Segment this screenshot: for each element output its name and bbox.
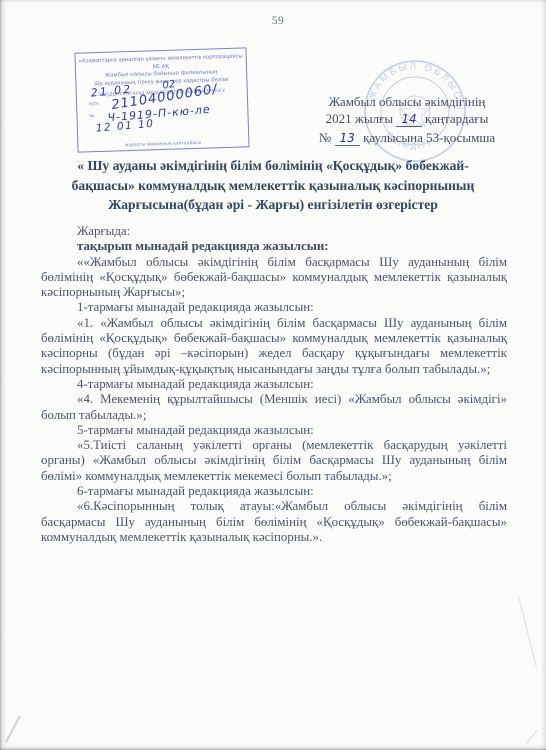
paragraph: ««Жамбыл облысы әкімдігінің білім басқар…: [41, 255, 507, 301]
stamp-handwritten-date-bottom: 12 01 10: [95, 118, 155, 135]
handwritten-day: 14: [396, 112, 421, 127]
paragraph: Жарғыда:: [41, 224, 507, 239]
paragraph: 6-тармағы мынадай редакцияда жазылсын:: [41, 484, 507, 499]
stamp-bin-label: БСН: [89, 101, 99, 106]
approval-header: Жамбыл облысы әкімдігінің 2021 жылғы 14 …: [276, 93, 538, 147]
document-title: « Шу ауданы әкімдігінің білім бөлімінің …: [28, 156, 518, 215]
paragraph: тақырып мынадай редакцияда жазылсын:: [41, 239, 507, 254]
paragraph: 4-тармағы мынадай редакцияда жазылсын:: [41, 377, 507, 392]
title-line-3: Жарғысына(бұдан әрі - Жарғы) енгізілетін…: [28, 195, 518, 215]
paragraph: «5.Тиісті саланың уәкілетті органы (мемл…: [41, 438, 507, 484]
header-line2-prefix: 2021 жылғы: [326, 111, 394, 126]
approval-header-line-1: Жамбыл облысы әкімдігінің: [276, 93, 538, 110]
handwritten-resolution-number: 13: [335, 131, 360, 146]
stamp-number-label: №: [89, 113, 94, 118]
paragraph: 5-тармағы мынадай редакцияда жазылсын:: [41, 423, 507, 438]
header-line3-prefix: №: [319, 130, 331, 145]
title-line-2: бақшасы» коммуналдық мемлекеттік қазынал…: [28, 176, 518, 196]
paragraph: «6.Кәсіпорынның толық атауы:«Жамбыл облы…: [41, 499, 507, 545]
scan-corner-fold: [525, 730, 537, 744]
paragraph: «1. «Жамбыл облысы әкімдігінің білім бас…: [41, 316, 507, 377]
header-line3-suffix: қаулысына 53-қосымша: [363, 130, 495, 145]
header-line2-suffix: қаңтардағы: [425, 111, 488, 126]
scanned-document-page: 59 ЖАМБЫЛ ОБЛЫСЫ ӘКІМДІГІ «Азаматтарға а…: [0, 0, 546, 750]
stamp-footer-line: жауапты маманның қолтаңбасы: [78, 138, 248, 148]
approval-header-line-3: № 13 қаулысына 53-қосымша: [276, 129, 538, 147]
document-body: Жарғыда: тақырып мынадай редакцияда жазы…: [41, 224, 507, 545]
paragraph: «4. Мекеменің құрылтайшысы (Меншік иесі)…: [41, 392, 507, 423]
scan-crease-bottom-right: [518, 597, 536, 667]
paragraph: 1-тармағы мынадай редакцияда жазылсын:: [41, 300, 507, 315]
scan-crease-bottom-left: [5, 715, 20, 742]
page-number: 59: [0, 15, 546, 27]
approval-header-line-2: 2021 жылғы 14 қаңтардағы: [276, 110, 538, 128]
registration-stamp: «Азаматтарға арналған үкімет» мемлекетті…: [74, 47, 249, 152]
title-line-1: « Шу ауданы әкімдігінің білім бөлімінің …: [28, 156, 518, 176]
